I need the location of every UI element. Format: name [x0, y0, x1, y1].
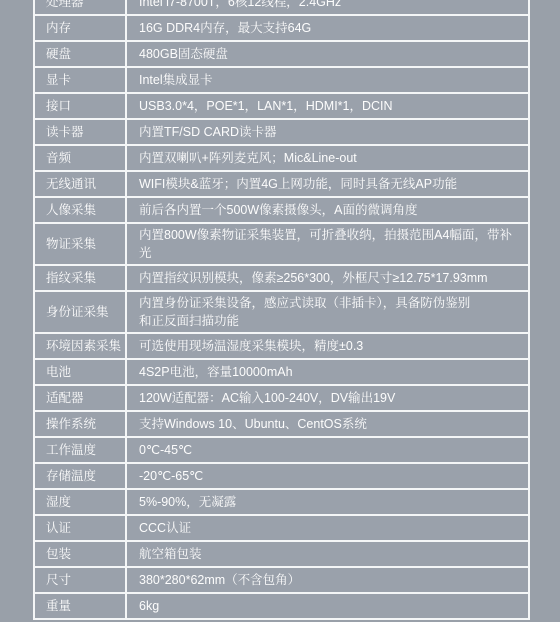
spec-row: 重量 6kg: [35, 594, 528, 618]
spec-value-cell: 380*280*62mm（不含包角）: [127, 568, 528, 592]
spec-label-cell: 处理器: [35, 0, 125, 14]
spec-row: 操作系统 支持Windows 10、Ubuntu、CentOS系统: [35, 412, 528, 436]
spec-page: 处理器 Intel i7-8700T，6核12线程，2.4GHz 内存 16G …: [0, 0, 560, 622]
spec-value-cell: USB3.0*4，POE*1，LAN*1，HDMI*1，DCIN: [127, 94, 528, 118]
spec-row: 硬盘 480GB固态硬盘: [35, 42, 528, 66]
spec-value-cell: CCC认证: [127, 516, 528, 540]
spec-label-cell: 指纹采集: [35, 266, 125, 290]
spec-label-cell: 认证: [35, 516, 125, 540]
spec-label-cell: 无线通讯: [35, 172, 125, 196]
spec-row: 接口 USB3.0*4，POE*1，LAN*1，HDMI*1，DCIN: [35, 94, 528, 118]
spec-label-cell: 适配器: [35, 386, 125, 410]
spec-label-cell: 重量: [35, 594, 125, 618]
spec-row: 无线通讯 WIFI模块&蓝牙；内置4G上网功能，同时具备无线AP功能: [35, 172, 528, 196]
spec-row: 包装 航空箱包装: [35, 542, 528, 566]
spec-label-cell: 电池: [35, 360, 125, 384]
spec-row: 显卡 Intel集成显卡: [35, 68, 528, 92]
spec-row: 认证 CCC认证: [35, 516, 528, 540]
spec-row: 适配器 120W适配器：AC输入100-240V，DV输出19V: [35, 386, 528, 410]
spec-table: 处理器 Intel i7-8700T，6核12线程，2.4GHz 内存 16G …: [33, 0, 530, 620]
spec-label-cell: 内存: [35, 16, 125, 40]
spec-label-cell: 尺寸: [35, 568, 125, 592]
spec-row: 尺寸 380*280*62mm（不含包角）: [35, 568, 528, 592]
spec-value-cell: 16G DDR4内存，最大支持64G: [127, 16, 528, 40]
spec-label-cell: 湿度: [35, 490, 125, 514]
spec-value-cell: 120W适配器：AC输入100-240V，DV输出19V: [127, 386, 528, 410]
spec-value-cell: 内置800W像素物证采集装置，可折叠收纳，拍摄范围A4幅面，带补光: [127, 224, 528, 264]
spec-label-cell: 环境因素采集: [35, 334, 125, 358]
spec-row: 读卡器 内置TF/SD CARD读卡器: [35, 120, 528, 144]
spec-label-cell: 读卡器: [35, 120, 125, 144]
spec-value-cell: 6kg: [127, 594, 528, 618]
spec-label-cell: 操作系统: [35, 412, 125, 436]
spec-label-cell: 人像采集: [35, 198, 125, 222]
spec-label-cell: 接口: [35, 94, 125, 118]
spec-value-cell: 支持Windows 10、Ubuntu、CentOS系统: [127, 412, 528, 436]
spec-row: 身份证采集 内置身份证采集设备，感应式读取（非插卡），具备防伪鉴别 和正反面扫描…: [35, 292, 528, 332]
spec-row: 处理器 Intel i7-8700T，6核12线程，2.4GHz: [35, 0, 528, 14]
spec-value-cell: 内置双喇叭+阵列麦克风；Mic&Line-out: [127, 146, 528, 170]
spec-row: 物证采集 内置800W像素物证采集装置，可折叠收纳，拍摄范围A4幅面，带补光: [35, 224, 528, 264]
spec-label-cell: 存储温度: [35, 464, 125, 488]
spec-row: 内存 16G DDR4内存，最大支持64G: [35, 16, 528, 40]
spec-value-cell: 0℃-45℃: [127, 438, 528, 462]
spec-label-cell: 物证采集: [35, 224, 125, 264]
spec-label-cell: 音频: [35, 146, 125, 170]
spec-row: 指纹采集 内置指纹识别模块，像素≥256*300，外框尺寸≥12.75*17.9…: [35, 266, 528, 290]
spec-value-cell: 可选使用现场温湿度采集模块，精度±0.3: [127, 334, 528, 358]
spec-value-cell: 内置TF/SD CARD读卡器: [127, 120, 528, 144]
spec-value-cell: 内置身份证采集设备，感应式读取（非插卡），具备防伪鉴别 和正反面扫描功能: [127, 292, 528, 332]
spec-row: 湿度 5%-90%，无凝露: [35, 490, 528, 514]
spec-row: 工作温度 0℃-45℃: [35, 438, 528, 462]
spec-value-cell: -20℃-65℃: [127, 464, 528, 488]
spec-label-cell: 工作温度: [35, 438, 125, 462]
spec-value-cell: Intel i7-8700T，6核12线程，2.4GHz: [127, 0, 528, 14]
spec-label-cell: 硬盘: [35, 42, 125, 66]
spec-value-cell: 480GB固态硬盘: [127, 42, 528, 66]
spec-row: 电池 4S2P电池，容量10000mAh: [35, 360, 528, 384]
spec-value-cell: WIFI模块&蓝牙；内置4G上网功能，同时具备无线AP功能: [127, 172, 528, 196]
spec-label-cell: 身份证采集: [35, 292, 125, 332]
spec-row: 存储温度 -20℃-65℃: [35, 464, 528, 488]
spec-value-cell: Intel集成显卡: [127, 68, 528, 92]
spec-row: 环境因素采集 可选使用现场温湿度采集模块，精度±0.3: [35, 334, 528, 358]
spec-value-cell: 航空箱包装: [127, 542, 528, 566]
spec-value-cell: 5%-90%，无凝露: [127, 490, 528, 514]
spec-value-cell: 4S2P电池，容量10000mAh: [127, 360, 528, 384]
spec-label-cell: 包装: [35, 542, 125, 566]
spec-value-cell: 前后各内置一个500W像素摄像头，A面的微调角度: [127, 198, 528, 222]
spec-label-cell: 显卡: [35, 68, 125, 92]
spec-row: 音频 内置双喇叭+阵列麦克风；Mic&Line-out: [35, 146, 528, 170]
spec-value-cell: 内置指纹识别模块，像素≥256*300，外框尺寸≥12.75*17.93mm: [127, 266, 528, 290]
spec-row: 人像采集 前后各内置一个500W像素摄像头，A面的微调角度: [35, 198, 528, 222]
